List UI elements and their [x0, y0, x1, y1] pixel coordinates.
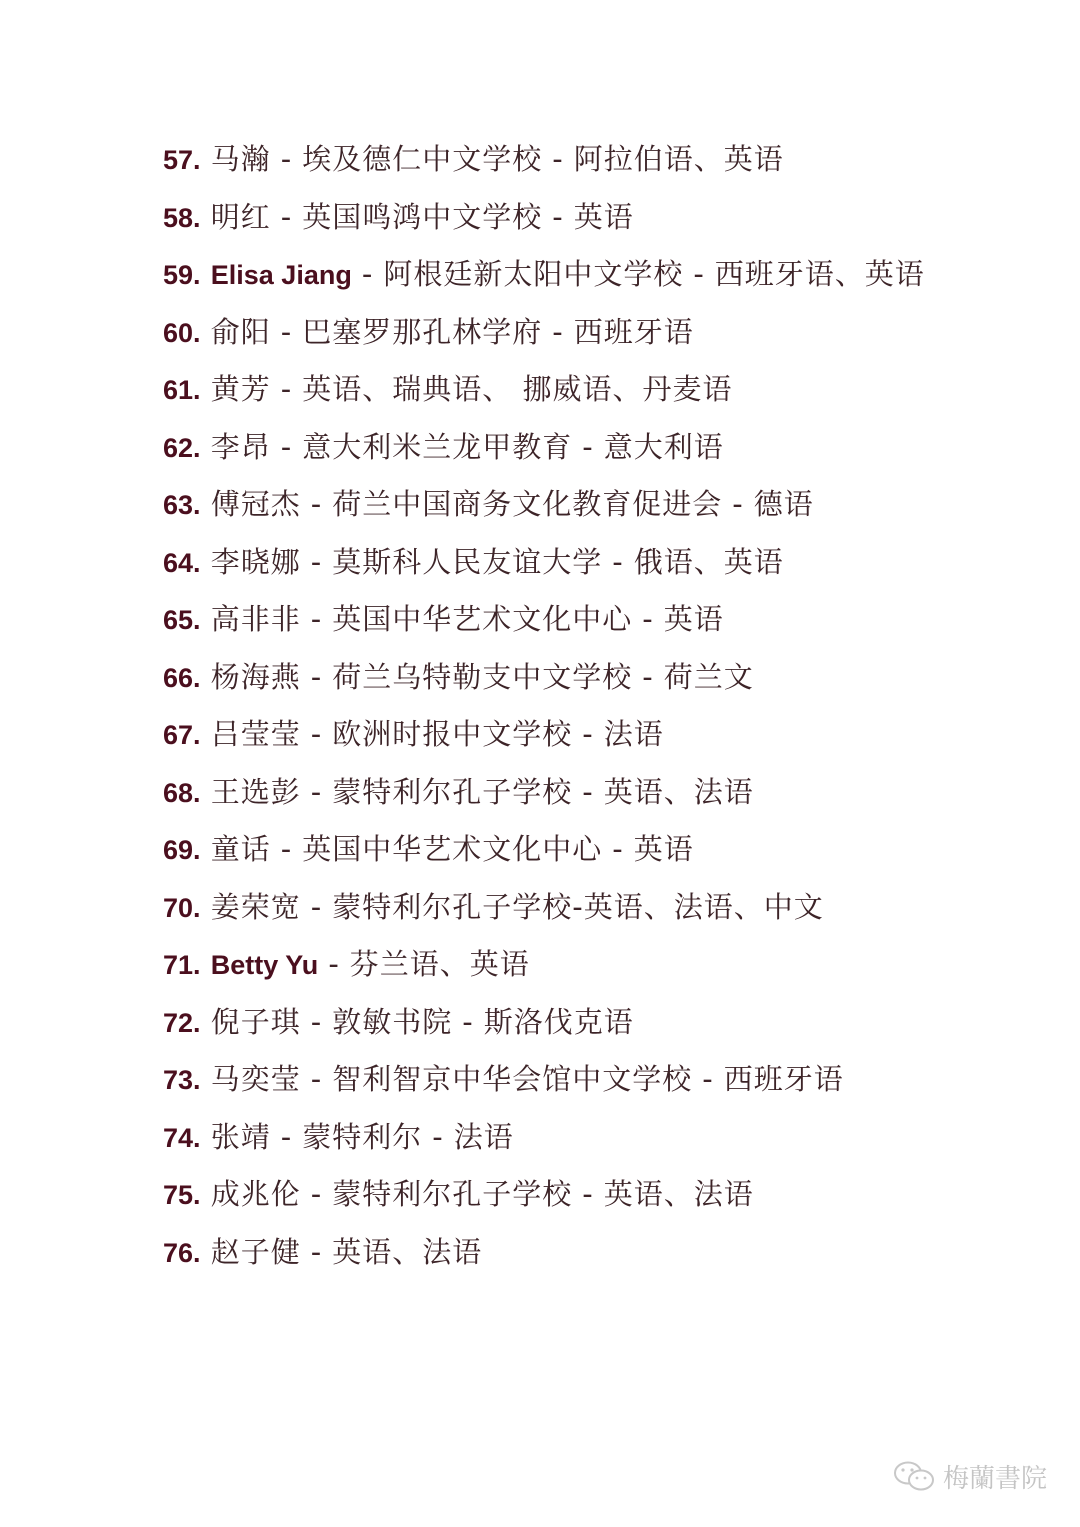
- item-number: 68.: [163, 778, 201, 808]
- person-name: 成兆伦: [211, 1177, 301, 1211]
- separator: -: [311, 487, 322, 521]
- list-item: 69. 童话-英国中华艺术文化中心-英语: [163, 821, 943, 879]
- list-item: 66. 杨海燕-荷兰乌特勒支中文学校-荷兰文: [163, 649, 943, 707]
- person-name: 姜荣宽: [211, 890, 301, 924]
- separator: -: [552, 200, 563, 234]
- list-item: 58. 明红-英国鸣鸿中文学校-英语: [163, 189, 943, 247]
- list-item: 64. 李晓娜-莫斯科人民友谊大学-俄语、英语: [163, 534, 943, 592]
- school: 埃及德仁中文学校: [302, 142, 542, 176]
- languages: 斯洛伐克语: [484, 1005, 634, 1039]
- school: 荷兰中国商务文化教育促进会: [332, 487, 722, 521]
- school: 蒙特利尔孔子学校: [332, 1177, 572, 1211]
- languages: 俄语、英语: [634, 545, 784, 579]
- item-number: 58.: [163, 203, 201, 233]
- separator: -: [582, 775, 593, 809]
- item-number: 60.: [163, 318, 201, 348]
- list-item: 61. 黄芳-英语、瑞典语、 挪威语、丹麦语: [163, 361, 943, 419]
- wechat-icon: [893, 1460, 937, 1494]
- watermark-text: 梅蘭書院: [943, 1458, 1047, 1495]
- person-name: 高非非: [211, 602, 301, 636]
- separator: -: [311, 1177, 322, 1211]
- list-item: 57. 马瀚-埃及德仁中文学校-阿拉伯语、英语: [163, 131, 943, 189]
- item-number: 59.: [163, 260, 201, 290]
- languages: 西班牙语: [574, 315, 694, 349]
- person-name: 马奕莹: [211, 1062, 301, 1096]
- item-number: 72.: [163, 1008, 201, 1038]
- school: 意大利米兰龙甲教育: [302, 430, 572, 464]
- school: 敦敏书院: [332, 1005, 452, 1039]
- person-name: 童话: [211, 832, 271, 866]
- separator: -: [702, 1062, 713, 1096]
- person-name: 明红: [211, 200, 271, 234]
- item-number: 69.: [163, 835, 201, 865]
- languages: 德语: [754, 487, 814, 521]
- languages: 英语: [664, 602, 724, 636]
- person-name: Betty Yu: [211, 950, 319, 980]
- person-name: 赵子健: [211, 1235, 301, 1269]
- separator: -: [582, 717, 593, 751]
- separator: -: [582, 1177, 593, 1211]
- separator: -: [311, 890, 322, 924]
- list-item: 72. 倪子琪-敦敏书院-斯洛伐克语: [163, 994, 943, 1052]
- languages: 西班牙语: [724, 1062, 844, 1096]
- separator: -: [732, 487, 743, 521]
- languages: 蒙特利尔孔子学校-英语、法语、中文: [332, 890, 823, 924]
- person-name: 杨海燕: [211, 660, 301, 694]
- list-item: 74. 张靖-蒙特利尔-法语: [163, 1109, 943, 1167]
- separator: -: [281, 315, 292, 349]
- school: 蒙特利尔孔子学校: [332, 775, 572, 809]
- separator: -: [552, 142, 563, 176]
- person-name: 张靖: [211, 1120, 271, 1154]
- separator: -: [362, 257, 373, 291]
- separator: -: [612, 545, 623, 579]
- school: 莫斯科人民友谊大学: [332, 545, 602, 579]
- separator: -: [281, 832, 292, 866]
- languages: 阿拉伯语、英语: [574, 142, 784, 176]
- languages: 芬兰语、英语: [350, 947, 530, 981]
- watermark: 梅蘭書院: [893, 1458, 1047, 1495]
- languages: 英语、瑞典语、 挪威语、丹麦语: [302, 372, 732, 406]
- separator: -: [311, 545, 322, 579]
- separator: -: [311, 717, 322, 751]
- separator: -: [642, 602, 653, 636]
- separator: -: [281, 372, 292, 406]
- school: 英国中华艺术文化中心: [332, 602, 632, 636]
- list-item: 63. 傅冠杰-荷兰中国商务文化教育促进会-德语: [163, 476, 943, 534]
- separator: -: [462, 1005, 473, 1039]
- school: 欧洲时报中文学校: [332, 717, 572, 751]
- list-item: 76. 赵子健-英语、法语: [163, 1224, 943, 1282]
- separator: -: [281, 142, 292, 176]
- separator: -: [311, 1062, 322, 1096]
- item-number: 75.: [163, 1180, 201, 1210]
- item-number: 65.: [163, 605, 201, 635]
- languages: 法语: [604, 717, 664, 751]
- item-number: 74.: [163, 1123, 201, 1153]
- person-name: 李昂: [211, 430, 271, 464]
- person-name: 傅冠杰: [211, 487, 301, 521]
- languages: 荷兰文: [664, 660, 754, 694]
- separator: -: [311, 660, 322, 694]
- school: 英国鸣鸿中文学校: [302, 200, 542, 234]
- item-number: 66.: [163, 663, 201, 693]
- separator: -: [328, 947, 339, 981]
- separator: -: [311, 775, 322, 809]
- separator: -: [642, 660, 653, 694]
- list-item: 59. Elisa Jiang-阿根廷新太阳中文学校-西班牙语、英语: [163, 246, 943, 304]
- separator: -: [311, 1005, 322, 1039]
- school: 巴塞罗那孔林学府: [302, 315, 542, 349]
- list-item: 68. 王选彭-蒙特利尔孔子学校-英语、法语: [163, 764, 943, 822]
- languages: 英语、法语: [604, 1177, 754, 1211]
- separator: -: [693, 257, 704, 291]
- person-name: Elisa Jiang: [211, 260, 352, 290]
- separator: -: [552, 315, 563, 349]
- school: 蒙特利尔: [302, 1120, 422, 1154]
- languages: 西班牙语、英语: [715, 257, 925, 291]
- item-number: 70.: [163, 893, 201, 923]
- item-number: 73.: [163, 1065, 201, 1095]
- separator: -: [582, 430, 593, 464]
- languages: 英语、法语: [604, 775, 754, 809]
- separator: -: [281, 200, 292, 234]
- list-item: 75. 成兆伦-蒙特利尔孔子学校-英语、法语: [163, 1166, 943, 1224]
- item-number: 61.: [163, 375, 201, 405]
- item-number: 71.: [163, 950, 201, 980]
- item-number: 64.: [163, 548, 201, 578]
- person-name: 倪子琪: [211, 1005, 301, 1039]
- school: 阿根廷新太阳中文学校: [383, 257, 683, 291]
- languages: 英语、法语: [332, 1235, 482, 1269]
- person-name: 马瀚: [211, 142, 271, 176]
- person-name: 俞阳: [211, 315, 271, 349]
- school: 荷兰乌特勒支中文学校: [332, 660, 632, 694]
- name-list: 57. 马瀚-埃及德仁中文学校-阿拉伯语、英语58. 明红-英国鸣鸿中文学校-英…: [163, 131, 943, 1281]
- list-item: 67. 吕莹莹-欧洲时报中文学校-法语: [163, 706, 943, 764]
- list-item: 62. 李昂-意大利米兰龙甲教育-意大利语: [163, 419, 943, 477]
- separator: -: [432, 1120, 443, 1154]
- list-item: 73. 马奕莹-智利智京中华会馆中文学校-西班牙语: [163, 1051, 943, 1109]
- person-name: 李晓娜: [211, 545, 301, 579]
- item-number: 76.: [163, 1238, 201, 1268]
- list-item: 71. Betty Yu-芬兰语、英语: [163, 936, 943, 994]
- separator: -: [311, 1235, 322, 1269]
- separator: -: [311, 602, 322, 636]
- school: 英国中华艺术文化中心: [302, 832, 602, 866]
- person-name: 王选彭: [211, 775, 301, 809]
- languages: 英语: [634, 832, 694, 866]
- item-number: 62.: [163, 433, 201, 463]
- item-number: 67.: [163, 720, 201, 750]
- person-name: 吕莹莹: [211, 717, 301, 751]
- languages: 法语: [454, 1120, 514, 1154]
- item-number: 57.: [163, 145, 201, 175]
- languages: 意大利语: [604, 430, 724, 464]
- separator: -: [281, 1120, 292, 1154]
- school: 智利智京中华会馆中文学校: [332, 1062, 692, 1096]
- separator: -: [612, 832, 623, 866]
- list-item: 65. 高非非-英国中华艺术文化中心-英语: [163, 591, 943, 649]
- list-item: 70. 姜荣宽-蒙特利尔孔子学校-英语、法语、中文: [163, 879, 943, 937]
- item-number: 63.: [163, 490, 201, 520]
- list-item: 60. 俞阳-巴塞罗那孔林学府-西班牙语: [163, 304, 943, 362]
- languages: 英语: [574, 200, 634, 234]
- separator: -: [281, 430, 292, 464]
- person-name: 黄芳: [211, 372, 271, 406]
